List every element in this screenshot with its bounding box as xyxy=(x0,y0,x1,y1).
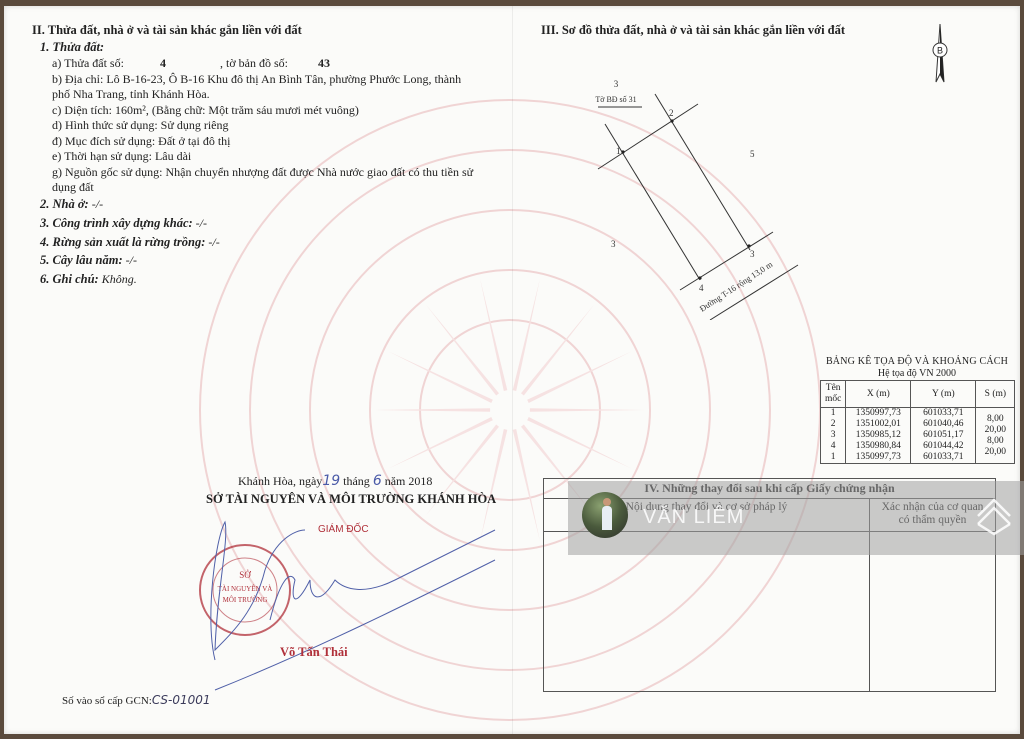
svg-text:B: B xyxy=(937,46,943,56)
issuing-authority: SỞ TÀI NGUYÊN VÀ MÔI TRƯỜNG KHÁNH HÒA xyxy=(206,492,496,507)
registry-entry: Số vào sổ cấp GCN:CS-01001 xyxy=(62,693,211,707)
parcel-label: a) Thửa đất số: xyxy=(52,55,124,71)
point-2: 2 xyxy=(669,108,674,118)
point-1: 1 xyxy=(616,146,621,156)
neighbor-top-number: 3 xyxy=(614,80,619,89)
coord-table-title: BẢNG KÊ TỌA ĐỘ VÀ KHOẢNG CÁCH xyxy=(812,356,1022,367)
origin-line-1: g) Nguồn gốc sử dụng: Nhận chuyển nhượng… xyxy=(52,164,473,180)
registry-number: CS-01001 xyxy=(152,693,211,707)
signer-name: Võ Tấn Thái xyxy=(280,645,348,660)
origin-line-2: dụng đất xyxy=(52,179,94,195)
signing-date: Khánh Hòa, ngày19 tháng 6 năm 2018 xyxy=(238,473,432,489)
neighbor-right: 5 xyxy=(750,149,755,159)
brand-logo-icon xyxy=(972,494,1016,538)
point-3: 3 xyxy=(750,249,755,259)
brand-overlay xyxy=(568,481,1024,555)
parcel-diagram: 3 Tờ BĐ số 31 5 3 1 2 3 4 Đường T-16 rộn… xyxy=(580,80,820,320)
section-2-title: II. Thửa đất, nhà ở và tài sản khác gắn … xyxy=(32,23,302,38)
land-heading: 1. Thửa đất: xyxy=(40,40,104,55)
area: c) Diện tích: 160m², (Bằng chữ: Một trăm… xyxy=(52,102,359,118)
header-x: X (m) xyxy=(846,381,911,408)
map-sheet-label: , tờ bản đồ số: xyxy=(220,55,288,71)
item-other-construction: 3. Công trình xây dựng khác: -/- xyxy=(40,215,207,231)
section-3-title: III. Sơ đồ thửa đất, nhà ở và tài sản kh… xyxy=(541,23,845,38)
coord-row: 11350997,73601033,718,00 xyxy=(821,408,1015,420)
usage-purpose: đ) Mục đích sử dụng: Đất ở tại đô thị xyxy=(52,133,231,149)
neighbor-top-sheet: Tờ BĐ số 31 xyxy=(595,95,636,104)
neighbor-left: 3 xyxy=(611,239,616,249)
usage-term: e) Thời hạn sử dụng: Lâu dài xyxy=(52,148,191,164)
point-4: 4 xyxy=(699,283,704,293)
item-notes: 6. Ghi chú: Không. xyxy=(40,271,137,287)
map-sheet-number: 43 xyxy=(318,55,330,71)
item-forest: 4. Rừng sản xuất là rừng trồng: -/- xyxy=(40,234,220,250)
coordinate-table: Tên mốc X (m) Y (m) S (m) 11350997,73601… xyxy=(820,380,1015,464)
coord-table-subtitle: Hệ tọa độ VN 2000 xyxy=(812,368,1022,379)
north-arrow-icon: B xyxy=(925,22,955,88)
header-s: S (m) xyxy=(976,381,1015,408)
usage-form: d) Hình thức sử dụng: Sử dụng riêng xyxy=(52,117,229,133)
avatar[interactable] xyxy=(582,492,628,538)
address-line-1: b) Địa chỉ: Lô B-16-23, Ô B-16 Khu đô th… xyxy=(52,71,461,87)
header-name: Tên mốc xyxy=(821,381,846,408)
item-house: 2. Nhà ở: -/- xyxy=(40,196,103,212)
brand-name: VĂN LIÊM xyxy=(643,506,744,529)
address-line-2: phố Nha Trang, tỉnh Khánh Hòa. xyxy=(52,86,210,102)
item-perennial-trees: 5. Cây lâu năm: -/- xyxy=(40,252,137,268)
header-y: Y (m) xyxy=(911,381,976,408)
parcel-number: 4 xyxy=(160,55,166,71)
signature xyxy=(195,510,515,700)
